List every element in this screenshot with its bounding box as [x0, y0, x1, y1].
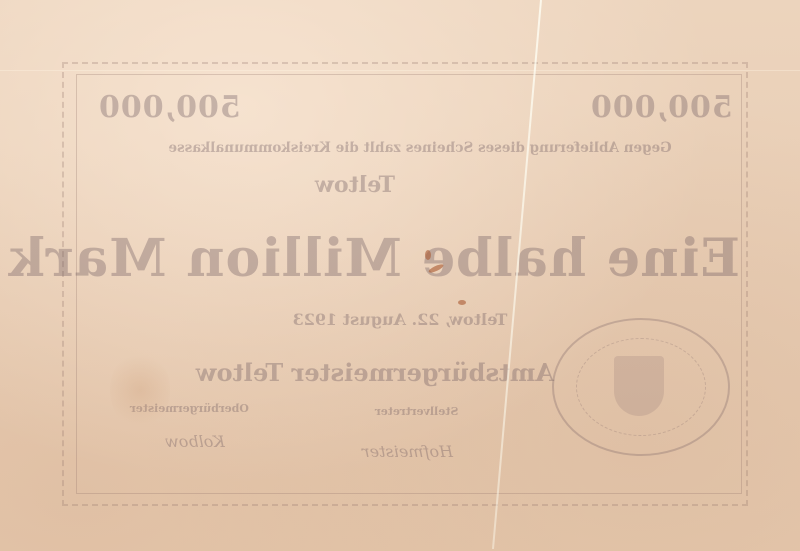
signature-left: Kolbow: [165, 432, 225, 451]
amount-text: Eine halbe Million Mark: [95, 228, 740, 289]
issuer-line: Amtsbürgermeister Teltow: [125, 358, 625, 387]
coat-of-arms-icon: [614, 356, 664, 416]
age-stain: [110, 350, 170, 430]
promise-line: Gegen Ablieferung dieses Scheines zahlt …: [100, 140, 740, 156]
date-line: Teltow, 22. August 1923: [170, 310, 630, 329]
rust-spot: [458, 300, 466, 305]
denomination-left: 500,000: [98, 90, 241, 125]
banknote-reverse: 500,000 500,000 Gegen Ablieferung dieses…: [0, 0, 800, 551]
role-right: Stellvertreter: [375, 405, 458, 418]
signature-right: Hofmeister: [362, 442, 453, 461]
place-heading: Teltow: [315, 172, 395, 198]
denomination-right: 500,000: [590, 90, 733, 125]
official-seal-icon: [552, 318, 730, 456]
rust-spot: [425, 250, 431, 260]
